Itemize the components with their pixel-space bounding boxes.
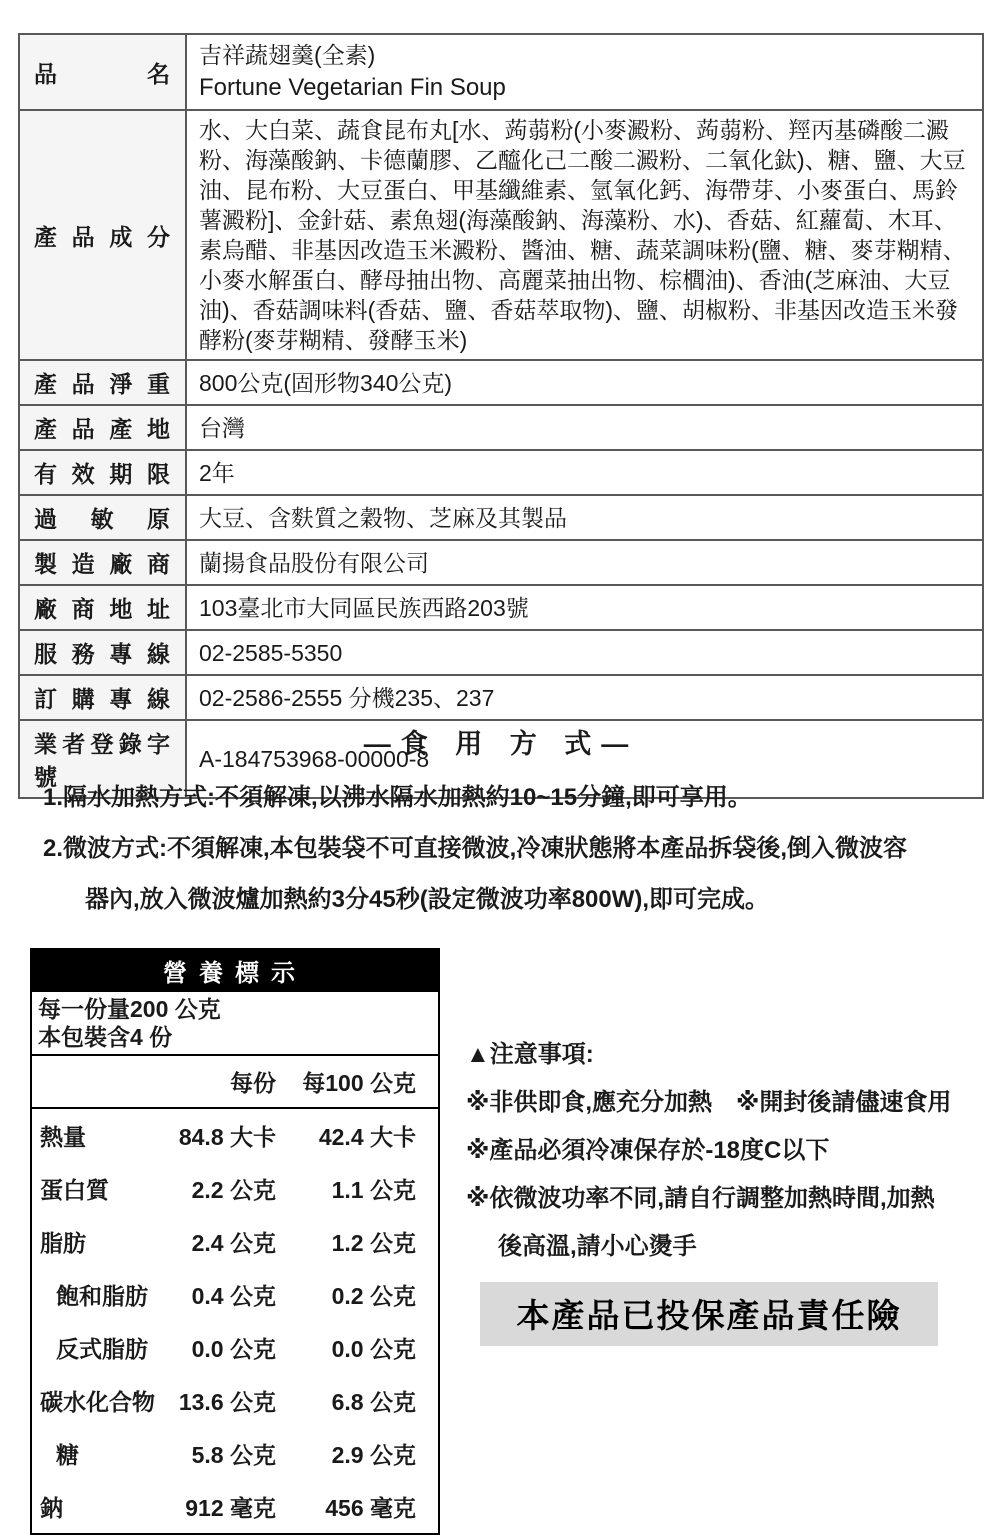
row-label: 品名 <box>19 34 186 110</box>
column-per-100g: 每100 公克 <box>276 1065 416 1098</box>
servings-per-pack: 本包裝含4 份 <box>38 1023 432 1051</box>
usage-item-microwave-continued: 器內,放入微波爐加熱約3分45秒(設定微波功率800W),即可完成。 <box>85 883 982 917</box>
nutrient-name: 熱量 <box>40 1119 156 1152</box>
column-spacer <box>40 1065 156 1098</box>
nutrient-name: 飽和脂肪 <box>40 1278 156 1311</box>
nutrition-row-trans-fat: 反式脂肪 0.0 公克 0.0 公克 <box>32 1321 438 1374</box>
product-info-table: 品名 吉祥蔬翅羹(全素) Fortune Vegetarian Fin Soup… <box>18 33 984 799</box>
serving-size: 每一份量200 公克 <box>38 995 432 1023</box>
nutrition-row-saturated-fat: 飽和脂肪 0.4 公克 0.2 公克 <box>32 1268 438 1321</box>
nutrition-row-fat: 脂肪 2.4 公克 1.2 公克 <box>32 1215 438 1268</box>
row-label: 廠商地址 <box>19 585 186 630</box>
row-label: 服務專線 <box>19 630 186 675</box>
table-row-order-line: 訂購專線 02-2586-2555 分機235、237 <box>19 675 983 720</box>
nutrient-per-serving: 0.4 公克 <box>156 1278 276 1311</box>
nutrition-title: 營養標示 <box>32 950 438 992</box>
table-row-ingredients: 產品成分 水、大白菜、蔬食昆布丸[水、蒟蒻粉(小麥澱粉、蒟蒻粉、羥丙基磷酸二澱粉… <box>19 110 983 360</box>
notice-microwave-power-continued: 後高溫,請小心燙手 <box>466 1230 1002 1264</box>
nutrient-per-serving: 912 毫克 <box>156 1490 276 1523</box>
nutrient-name: 反式脂肪 <box>40 1331 156 1364</box>
row-value: 吉祥蔬翅羹(全素) Fortune Vegetarian Fin Soup <box>186 34 983 110</box>
usage-item-water-bath: 1.隔水加熱方式:不須解凍,以沸水隔水加熱約10~15分鐘,即可享用。 <box>43 781 982 815</box>
nutrient-per-serving: 2.4 公克 <box>156 1225 276 1258</box>
nutrient-per-serving: 2.2 公克 <box>156 1172 276 1205</box>
column-per-serving: 每份 <box>156 1065 276 1098</box>
usage-item-microwave: 2.微波方式:不須解凍,本包裝袋不可直接微波,冷凍狀態將本產品拆袋後,倒入微波容 <box>43 832 982 866</box>
table-row-allergens: 過敏原 大豆、含麩質之穀物、芝麻及其製品 <box>19 495 983 540</box>
product-liability-insurance-banner: 本產品已投保產品責任險 <box>480 1282 938 1346</box>
row-value: 大豆、含麩質之穀物、芝麻及其製品 <box>186 495 983 540</box>
nutrient-name: 鈉 <box>40 1490 156 1523</box>
notices-heading: ▲注意事項: <box>466 1038 1002 1072</box>
notice-not-ready-to-eat: ※非供即食,應充分加熱 ※開封後請儘速食用 <box>466 1086 1002 1120</box>
usage-title: —食 用 方 式— <box>0 722 1002 761</box>
nutrition-row-sugar: 糖 5.8 公克 2.9 公克 <box>32 1427 438 1480</box>
row-label: 產品產地 <box>19 405 186 450</box>
row-value: 103臺北市大同區民族西路203號 <box>186 585 983 630</box>
nutrition-row-calories: 熱量 84.8 大卡 42.4 大卡 <box>32 1109 438 1162</box>
product-info-sheet: { "product_table": { "rows": [ { "label"… <box>0 0 1002 1436</box>
nutrient-per-100g: 0.0 公克 <box>276 1331 416 1364</box>
nutrient-per-100g: 456 毫克 <box>276 1490 416 1523</box>
bottom-section: 營養標示 每一份量200 公克 本包裝含4 份 每份 每100 公克 熱量 84… <box>30 948 1002 1535</box>
nutrient-per-serving: 0.0 公克 <box>156 1331 276 1364</box>
nutrition-row-sodium: 鈉 912 毫克 456 毫克 <box>32 1480 438 1533</box>
row-value: 02-2585-5350 <box>186 630 983 675</box>
nutrient-per-100g: 6.8 公克 <box>276 1384 416 1417</box>
row-label: 訂購專線 <box>19 675 186 720</box>
nutrition-column-headers: 每份 每100 公克 <box>32 1056 438 1109</box>
product-name-en: Fortune Vegetarian Fin Soup <box>199 71 970 105</box>
table-row-origin: 產品產地 台灣 <box>19 405 983 450</box>
row-label: 製造廠商 <box>19 540 186 585</box>
nutrient-per-100g: 1.1 公克 <box>276 1172 416 1205</box>
notice-microwave-power: ※依微波功率不同,請自行調整加熱時間,加熱 <box>466 1182 1002 1216</box>
row-value: 800公克(固形物340公克) <box>186 360 983 405</box>
row-label: 產品淨重 <box>19 360 186 405</box>
nutrient-per-100g: 2.9 公克 <box>276 1437 416 1470</box>
nutrition-facts-table: 營養標示 每一份量200 公克 本包裝含4 份 每份 每100 公克 熱量 84… <box>30 948 440 1535</box>
row-label: 過敏原 <box>19 495 186 540</box>
nutrient-name: 糖 <box>40 1437 156 1470</box>
notice-keep-frozen: ※產品必須冷凍保存於-18度C以下 <box>466 1134 1002 1168</box>
nutrient-name: 蛋白質 <box>40 1172 156 1205</box>
nutrient-per-100g: 42.4 大卡 <box>276 1119 416 1152</box>
table-row-service-line: 服務專線 02-2585-5350 <box>19 630 983 675</box>
nutrient-per-serving: 84.8 大卡 <box>156 1119 276 1152</box>
table-row-product-name: 品名 吉祥蔬翅羹(全素) Fortune Vegetarian Fin Soup <box>19 34 983 110</box>
row-label: 產品成分 <box>19 110 186 360</box>
nutrient-per-100g: 0.2 公克 <box>276 1278 416 1311</box>
nutrition-row-protein: 蛋白質 2.2 公克 1.1 公克 <box>32 1162 438 1215</box>
notices-section: ▲注意事項: ※非供即食,應充分加熱 ※開封後請儘速食用 ※產品必須冷凍保存於-… <box>466 948 1002 1346</box>
nutrient-per-100g: 1.2 公克 <box>276 1225 416 1258</box>
nutrition-row-carbohydrate: 碳水化合物 13.6 公克 6.8 公克 <box>32 1374 438 1427</box>
product-name-zh: 吉祥蔬翅羹(全素) <box>199 39 970 71</box>
nutrient-per-serving: 13.6 公克 <box>156 1384 276 1417</box>
row-value: 台灣 <box>186 405 983 450</box>
nutrient-name: 碳水化合物 <box>40 1384 156 1417</box>
row-label: 有效期限 <box>19 450 186 495</box>
nutrient-per-serving: 5.8 公克 <box>156 1437 276 1470</box>
nutrient-name: 脂肪 <box>40 1225 156 1258</box>
row-value: 蘭揚食品股份有限公司 <box>186 540 983 585</box>
table-row-manufacturer: 製造廠商 蘭揚食品股份有限公司 <box>19 540 983 585</box>
serving-info: 每一份量200 公克 本包裝含4 份 <box>32 992 438 1056</box>
usage-section: —食 用 方 式— 1.隔水加熱方式:不須解凍,以沸水隔水加熱約10~15分鐘,… <box>0 722 1002 934</box>
table-row-manufacturer-address: 廠商地址 103臺北市大同區民族西路203號 <box>19 585 983 630</box>
row-value: 2年 <box>186 450 983 495</box>
table-row-shelf-life: 有效期限 2年 <box>19 450 983 495</box>
table-row-net-weight: 產品淨重 800公克(固形物340公克) <box>19 360 983 405</box>
row-value: 水、大白菜、蔬食昆布丸[水、蒟蒻粉(小麥澱粉、蒟蒻粉、羥丙基磷酸二澱粉、海藻酸鈉… <box>186 110 983 360</box>
row-value: 02-2586-2555 分機235、237 <box>186 675 983 720</box>
